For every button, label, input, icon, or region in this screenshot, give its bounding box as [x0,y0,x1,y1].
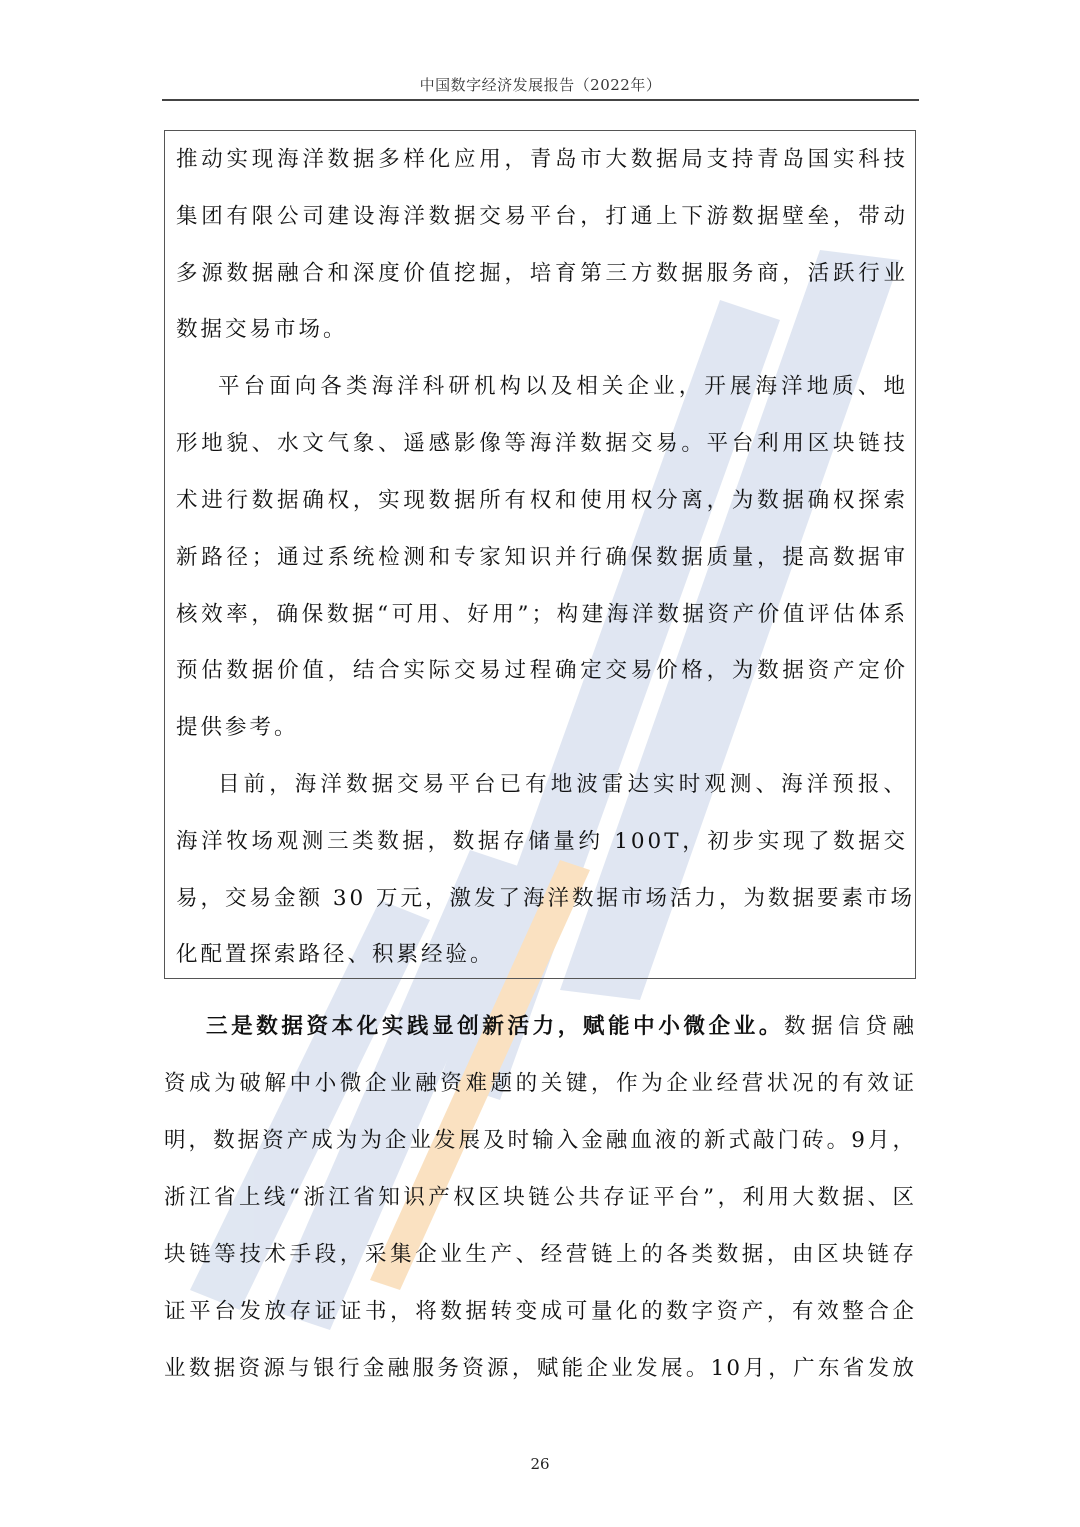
body-first-line: 三是数据资本化实践显创新活力，赋能中小微企业。数据信贷融 [164,1012,916,1042]
case-line: 化配置探索路径、积累经验。 [176,940,908,970]
body-line: 浙江省上线“浙江省知识产权区块链公共存证平台”，利用大数据、区 [164,1183,916,1213]
body-line: 明，数据资产成为为企业发展及时输入金融血液的新式敲门砖。9月， [164,1126,916,1156]
case-line: 集团有限公司建设海洋数据交易平台，打通上下游数据壁垒，带动 [176,202,908,232]
header-rule [162,99,919,101]
body-line: 证平台发放存证证书，将数据转变成可量化的数字资产，有效整合企 [164,1297,916,1327]
body-line: 资成为破解中小微企业融资难题的关键，作为企业经营状况的有效证 [164,1069,916,1099]
case-line: 目前，海洋数据交易平台已有地波雷达实时观测、海洋预报、 [176,770,908,800]
body-line: 业数据资源与银行金融服务资源，赋能企业发展。10月，广东省发放 [164,1354,916,1384]
case-line: 平台面向各类海洋科研机构以及相关企业，开展海洋地质、地 [176,372,908,402]
case-line: 易，交易金额 30 万元，激发了海洋数据市场活力，为数据要素市场 [176,884,908,914]
case-line: 推动实现海洋数据多样化应用，青岛市大数据局支持青岛国实科技 [176,145,908,175]
case-line: 核效率，确保数据“可用、好用”；构建海洋数据资产价值评估体系 [176,600,908,630]
case-line: 形地貌、水文气象、遥感影像等海洋数据交易。平台利用区块链技 [176,429,908,459]
section-heading: 三是数据资本化实践显创新活力，赋能中小微企业。 [206,1014,784,1039]
case-line: 海洋牧场观测三类数据，数据存储量约 100T，初步实现了数据交 [176,827,908,857]
running-header: 中国数字经济发展报告（2022年） [162,74,919,95]
page-number: 26 [0,1455,1080,1473]
case-line: 多源数据融合和深度价值挖掘，培育第三方数据服务商，活跃行业 [176,259,908,289]
body-line: 块链等技术手段，采集企业生产、经营链上的各类数据，由区块链存 [164,1240,916,1270]
case-line: 数据交易市场。 [176,315,908,345]
case-line: 提供参考。 [176,713,908,743]
case-line: 术进行数据确权，实现数据所有权和使用权分离，为数据确权探索 [176,486,908,516]
body-text: 数据信贷融 [784,1014,916,1039]
case-line: 预估数据价值，结合实际交易过程确定交易价格，为数据资产定价 [176,656,908,686]
case-line: 新路径；通过系统检测和专家知识并行确保数据质量，提高数据审 [176,543,908,573]
